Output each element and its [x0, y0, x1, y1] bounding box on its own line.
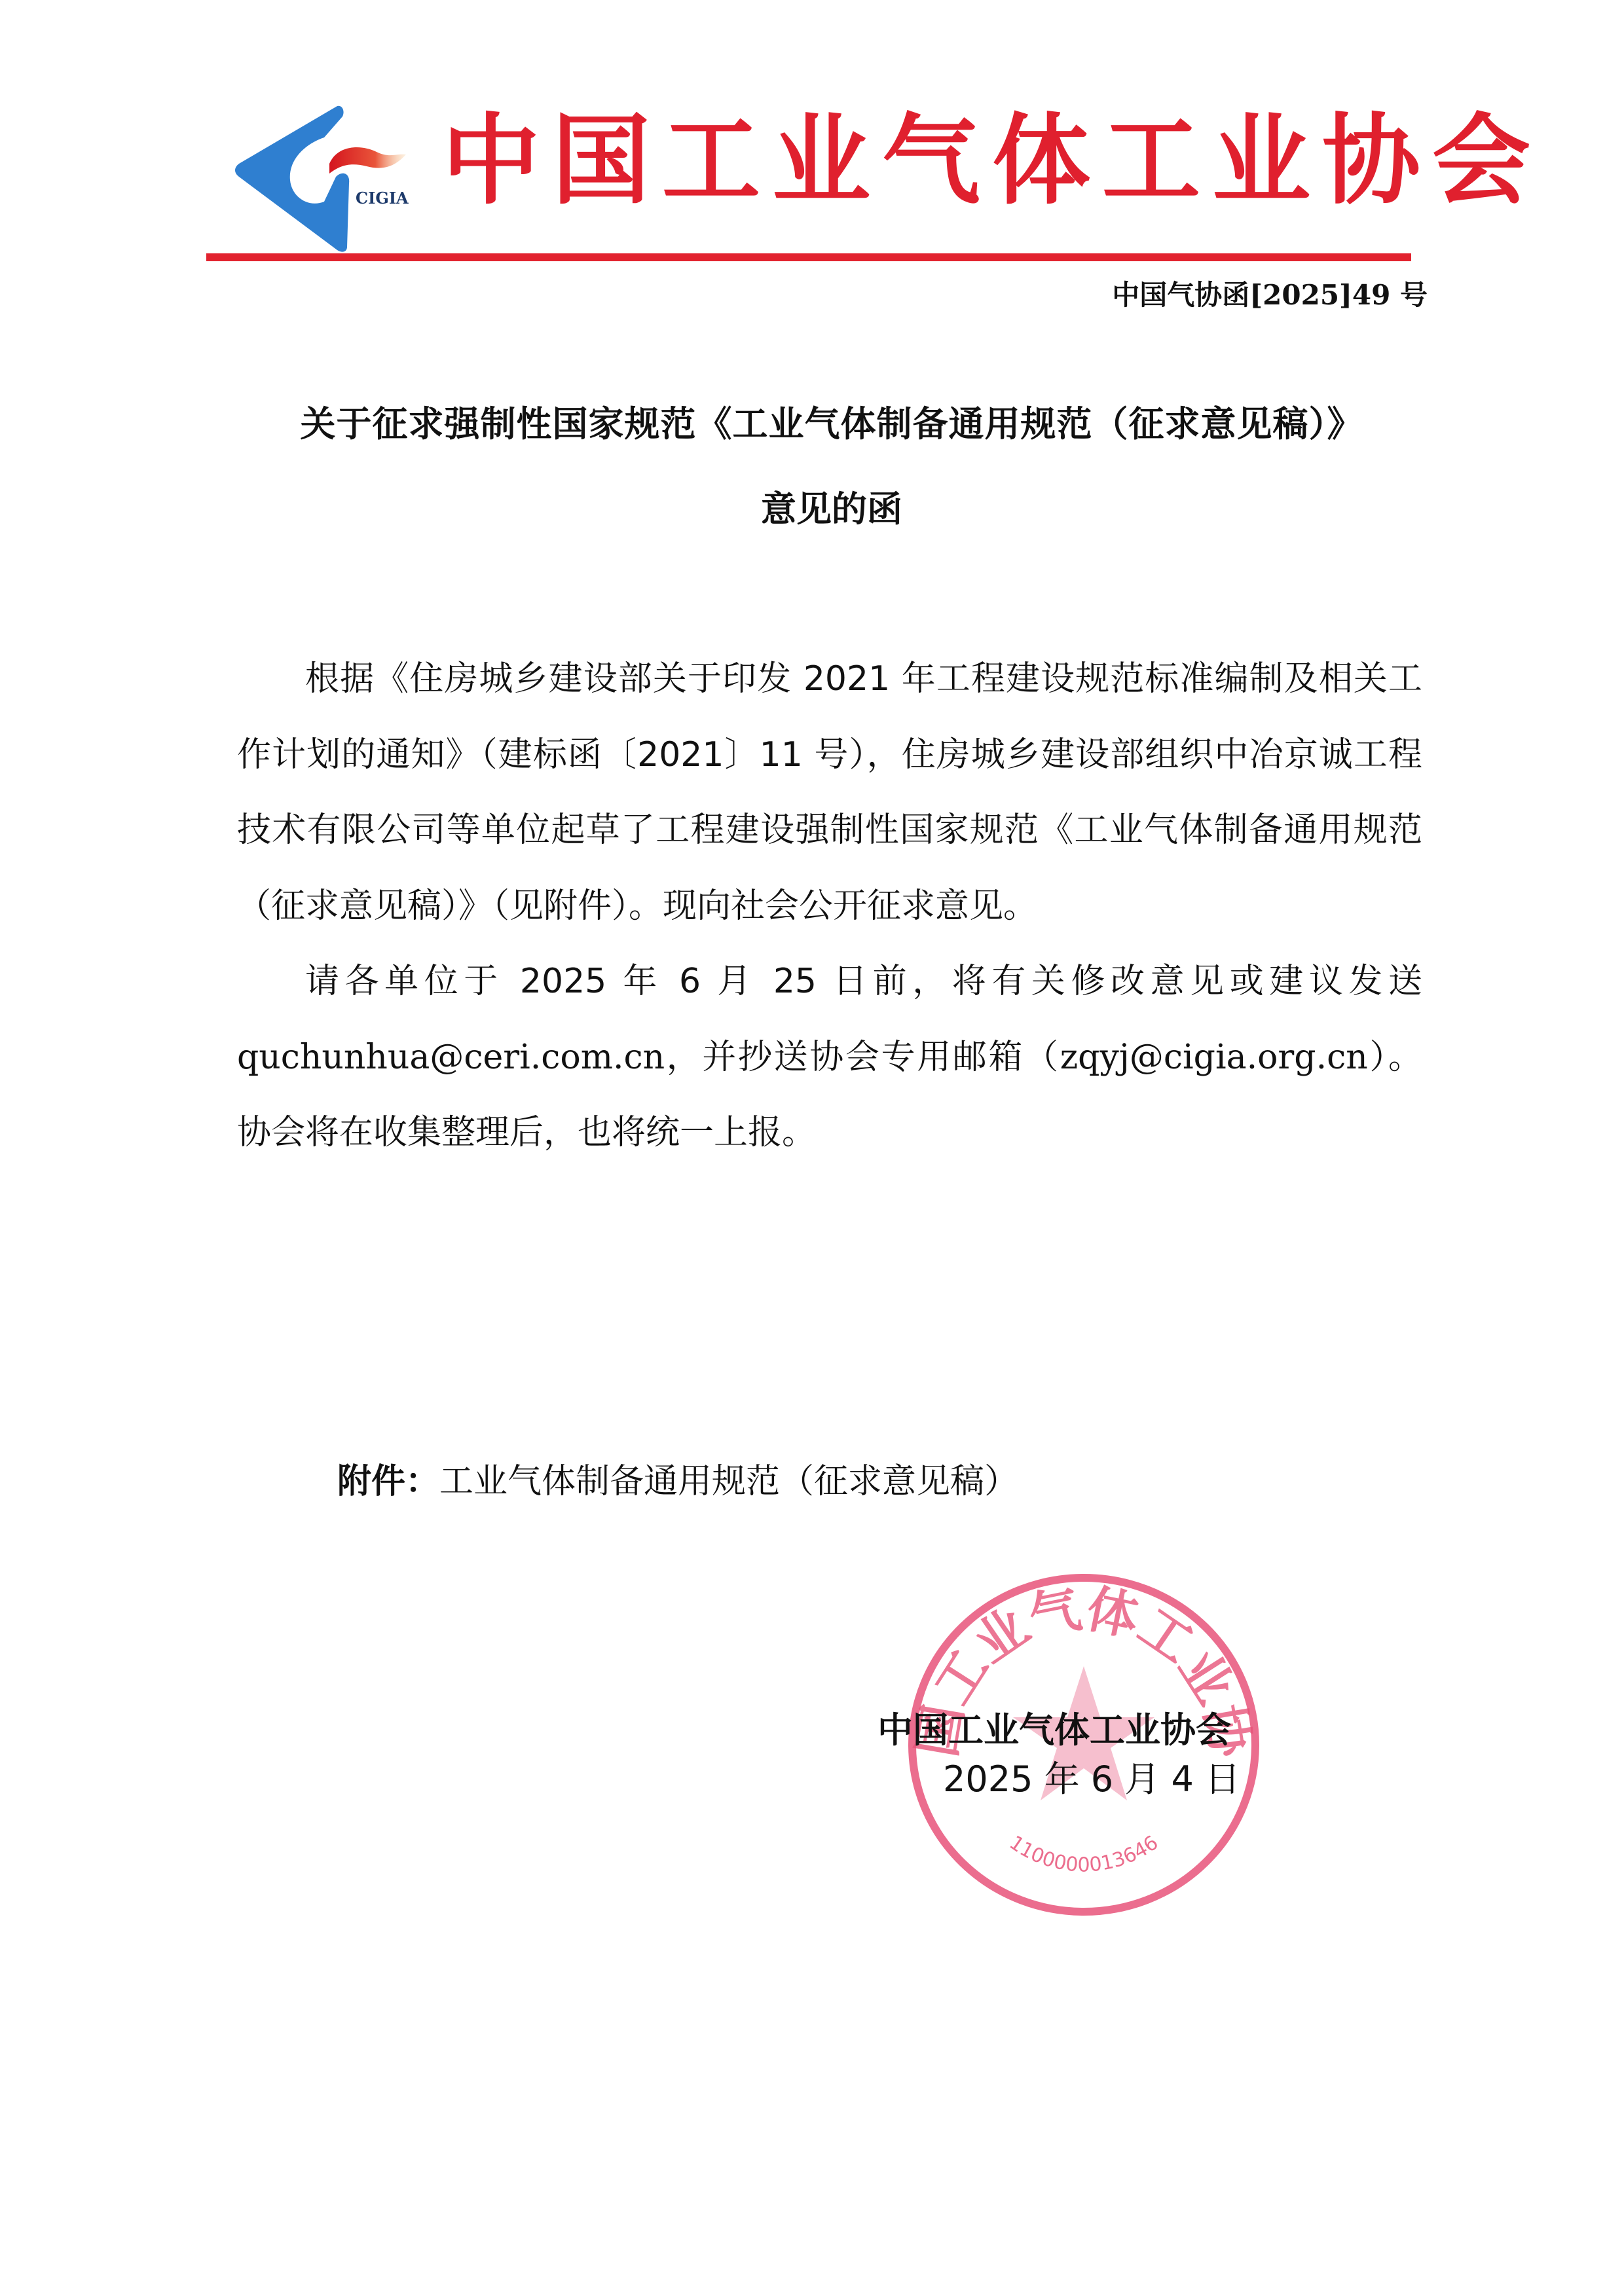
document-number: 中国气协函[2025]49 号	[1112, 274, 1428, 313]
svg-text:1100000013646: 1100000013646	[1005, 1831, 1162, 1876]
letterhead-divider	[206, 253, 1411, 261]
document-title-line2: 意见的函	[223, 481, 1441, 532]
attachment-line: 附件：工业气体制备通用规范（征求意见稿）	[337, 1453, 1018, 1503]
paragraph-1: 根据《住房城乡建设部关于印发 2021 年工程建设规范标准编制及相关工作计划的通…	[237, 642, 1422, 944]
logo-icon	[226, 98, 422, 255]
document-title-line1: 关于征求强制性国家规范《工业气体制备通用规范（征求意见稿）》	[223, 396, 1441, 446]
letter-body: 根据《住房城乡建设部关于印发 2021 年工程建设规范标准编制及相关工作计划的通…	[237, 642, 1422, 1171]
paragraph-2-text-a: 请各单位于 2025 年 6 月 25 日前，将有关修改意见或建议发送	[305, 962, 1422, 1001]
attachment-label: 附件：	[337, 1462, 439, 1501]
signature-date: 2025 年 6 月 4 日	[943, 1751, 1240, 1802]
cigia-logo: CIGIA	[226, 98, 422, 255]
paragraph-2: 请各单位于 2025 年 6 月 25 日前，将有关修改意见或建议发送quchu…	[237, 944, 1422, 1171]
email-link-primary[interactable]: quchunhua@ceri.com.cn	[237, 1038, 665, 1077]
attachment-name: 工业气体制备通用规范（征求意见稿）	[439, 1462, 1018, 1501]
logo-text: CIGIA	[356, 189, 409, 208]
seal-number: 1100000013646	[1005, 1831, 1162, 1876]
paragraph-2-text-b: ，并抄送协会专用邮箱（	[665, 1038, 1060, 1077]
signature-org: 中国工业气体工业协会	[877, 1702, 1231, 1753]
email-link-association[interactable]: zqyj@cigia.org.cn	[1060, 1038, 1368, 1077]
letterhead-org-name: 中国工业气体工业协会	[442, 111, 1542, 210]
